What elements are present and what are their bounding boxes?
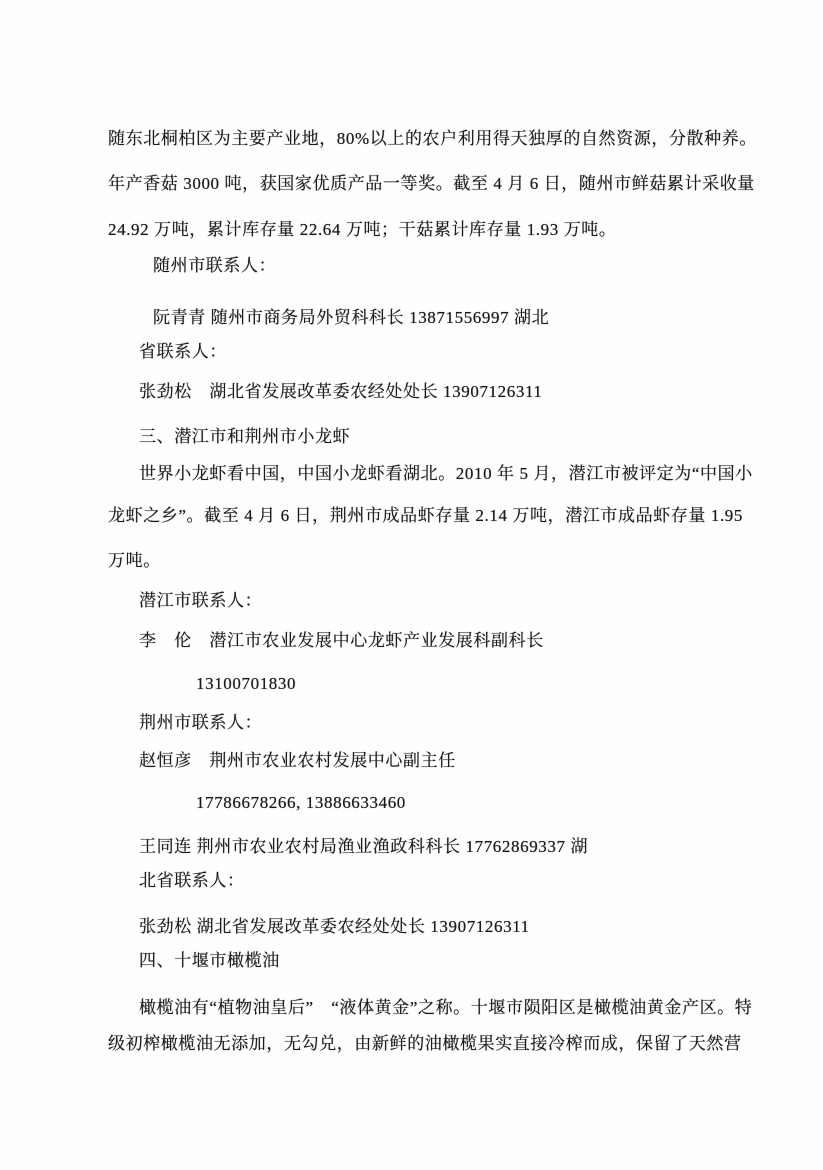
contact-wang-tonglian: 王同连 荆州市农业农村局渔业渔政科科长 17762869337 湖 — [108, 834, 813, 860]
paragraph-olive-oil-line-1: 橄榄油有“植物油皇后” “液体黄金”之称。十堰市陨阳区是橄榄油黄金产区。特 — [108, 995, 813, 1021]
label-suizhou-contact: 随州市联系人： — [108, 253, 813, 279]
document-page: 随东北桐柏区为主要产业地，80%以上的农户利用得天独厚的自然资源，分散种养。 年… — [0, 0, 823, 1170]
paragraph-mushroom-line-1: 随东北桐柏区为主要产业地，80%以上的农户利用得天独厚的自然资源，分散种养。 — [108, 126, 813, 152]
label-province-contact-1: 省联系人： — [108, 339, 813, 365]
paragraph-olive-oil-line-2: 级初榨橄榄油无添加，无勾兑，由新鲜的油橄榄果实直接冷榨而成，保留了天然营 — [108, 1031, 813, 1057]
section-heading-4: 四、十堰市橄榄油 — [108, 948, 813, 974]
contact-li-lun: 李 伦 潜江市农业发展中心龙虾产业发展科副科长 — [108, 628, 813, 654]
paragraph-mushroom-line-2: 年产香菇 3000 吨，获国家优质产品一等奖。截至 4 月 6 日，随州市鲜菇累… — [108, 171, 813, 197]
phone-zhao-hengyan: 17786678266, 13886633460 — [108, 790, 813, 816]
contact-zhang-jinsong-2: 张劲松 湖北省发展改革委农经处处长 13907126311 — [108, 914, 813, 940]
contact-ruan-qingqing: 阮青青 随州市商务局外贸科科长 13871556997 湖北 — [108, 305, 813, 331]
document-body: 随东北桐柏区为主要产业地，80%以上的农户利用得天独厚的自然资源，分散种养。 年… — [108, 126, 813, 1057]
label-jingzhou-contact: 荆州市联系人： — [108, 710, 813, 736]
paragraph-crayfish-line-2: 龙虾之乡”。截至 4 月 6 日，荆州市成品虾存量 2.14 万吨，潜江市成品虾… — [108, 503, 813, 529]
paragraph-crayfish-line-3: 万吨。 — [108, 548, 813, 574]
label-qianjiang-contact: 潜江市联系人： — [108, 588, 813, 614]
phone-li-lun: 13100701830 — [108, 671, 813, 697]
paragraph-crayfish-line-1: 世界小龙虾看中国，中国小龙虾看湖北。2010 年 5 月，潜江市被评定为“中国小 — [108, 461, 813, 487]
contact-zhang-jinsong-1: 张劲松 湖北省发展改革委农经处处长 13907126311 — [108, 379, 813, 405]
paragraph-mushroom-line-3: 24.92 万吨，累计库存量 22.64 万吨；干菇累计库存量 1.93 万吨。 — [108, 217, 813, 243]
contact-zhao-hengyan: 赵恒彦 荆州市农业农村发展中心副主任 — [108, 748, 813, 774]
label-province-contact-2: 北省联系人： — [108, 868, 813, 894]
section-heading-3: 三、潜江市和荆州市小龙虾 — [108, 424, 813, 450]
